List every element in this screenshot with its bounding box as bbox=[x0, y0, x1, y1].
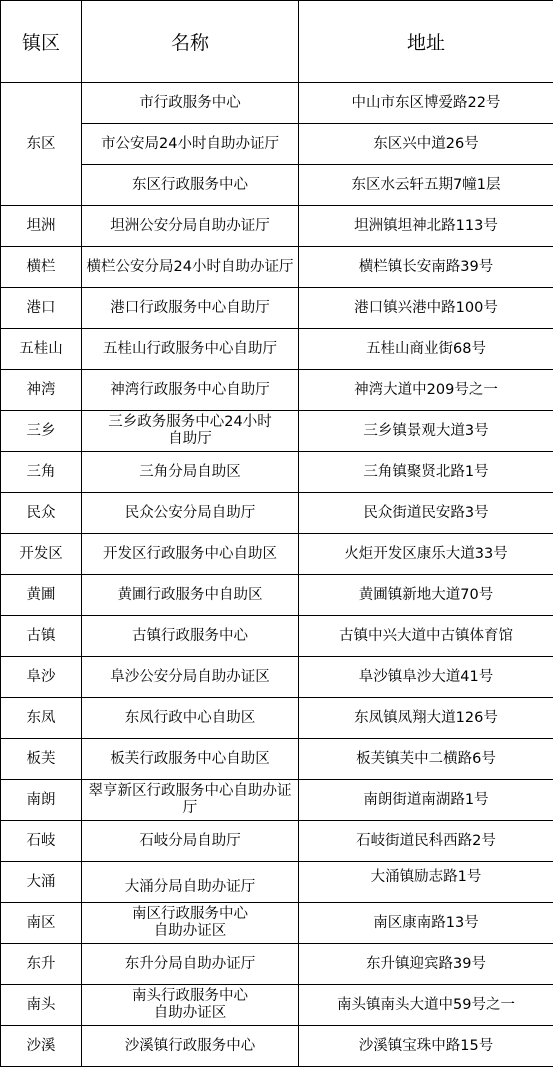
address-cell: 中山市东区博爱路22号 bbox=[299, 83, 553, 124]
name-cell: 翠亨新区行政服务中心自助办证厅 bbox=[82, 780, 299, 821]
name-cell: 板芙行政服务中心自助区 bbox=[82, 739, 299, 780]
table-row: 东升 东升分局自助办证厅 东升镇迎宾路39号 bbox=[1, 944, 553, 985]
name-cell: 东区行政服务中心 bbox=[82, 165, 299, 206]
name-cell: 三角分局自助区 bbox=[82, 452, 299, 493]
name-line-2: 自助办证区 bbox=[154, 1005, 227, 1021]
table-row: 神湾 神湾行政服务中心自助厅 神湾大道中209号之一 bbox=[1, 370, 553, 411]
service-locations-table: 镇区 名称 地址 东区 市行政服务中心 中山市东区博爱路22号 市公安局24小时… bbox=[0, 0, 553, 1067]
district-cell: 民众 bbox=[1, 493, 82, 534]
name-cell: 沙溪镇行政服务中心 bbox=[82, 1026, 299, 1067]
address-cell: 五桂山商业街68号 bbox=[299, 329, 553, 370]
name-line-2: 自助厅 bbox=[168, 431, 212, 447]
name-cell: 阜沙公安分局自助办证区 bbox=[82, 657, 299, 698]
name-cell: 坦洲公安分局自助办证厅 bbox=[82, 206, 299, 247]
name-cell: 南头行政服务中心自助办证区 bbox=[82, 985, 299, 1026]
name-cell: 市行政服务中心 bbox=[82, 83, 299, 124]
district-cell: 横栏 bbox=[1, 247, 82, 288]
district-cell: 黄圃 bbox=[1, 575, 82, 616]
name-line-2: 自助办证区 bbox=[154, 923, 227, 939]
address-cell: 三乡镇景观大道3号 bbox=[299, 411, 553, 452]
district-cell: 板芙 bbox=[1, 739, 82, 780]
name-cell: 南区行政服务中心自助办证区 bbox=[82, 903, 299, 944]
name-cell: 大涌分局自助办证厅 bbox=[82, 862, 299, 903]
district-cell: 阜沙 bbox=[1, 657, 82, 698]
name-cell: 开发区行政服务中心自助区 bbox=[82, 534, 299, 575]
table-row: 阜沙 阜沙公安分局自助办证区 阜沙镇阜沙大道41号 bbox=[1, 657, 553, 698]
name-line-1: 南头行政服务中心 bbox=[132, 988, 248, 1004]
district-cell: 大涌 bbox=[1, 862, 82, 903]
address-cell: 东区水云轩五期7幢1层 bbox=[299, 165, 553, 206]
header-address: 地址 bbox=[299, 1, 553, 83]
name-cell: 神湾行政服务中心自助厅 bbox=[82, 370, 299, 411]
district-cell: 南头 bbox=[1, 985, 82, 1026]
district-cell: 东区 bbox=[1, 83, 82, 206]
name-line-1: 三乡政务服务中心24小时 bbox=[108, 414, 271, 430]
table-row: 大涌 大涌分局自助办证厅 大涌镇励志路1号 bbox=[1, 862, 553, 903]
table-row: 五桂山 五桂山行政服务中心自助厅 五桂山商业街68号 bbox=[1, 329, 553, 370]
address-cell: 南朗街道南湖路1号 bbox=[299, 780, 553, 821]
table-row: 东凤 东凤行政中心自助区 东凤镇凤翔大道126号 bbox=[1, 698, 553, 739]
table-row: 古镇 古镇行政服务中心 古镇中兴大道中古镇体育馆 bbox=[1, 616, 553, 657]
table-row: 南区 南区行政服务中心自助办证区 南区康南路13号 bbox=[1, 903, 553, 944]
name-cell: 横栏公安分局24小时自助办证厅 bbox=[82, 247, 299, 288]
district-cell: 三角 bbox=[1, 452, 82, 493]
address-cell: 东区兴中道26号 bbox=[299, 124, 553, 165]
address-cell: 南区康南路13号 bbox=[299, 903, 553, 944]
address-cell: 南头镇南头大道中59号之一 bbox=[299, 985, 553, 1026]
table-row: 坦洲 坦洲公安分局自助办证厅 坦洲镇坦神北路113号 bbox=[1, 206, 553, 247]
name-cell: 古镇行政服务中心 bbox=[82, 616, 299, 657]
district-cell: 沙溪 bbox=[1, 1026, 82, 1067]
table-row: 东区 市行政服务中心 中山市东区博爱路22号 bbox=[1, 83, 553, 124]
name-cell: 石岐分局自助厅 bbox=[82, 821, 299, 862]
district-cell: 港口 bbox=[1, 288, 82, 329]
address-cell: 大涌镇励志路1号 bbox=[299, 862, 553, 903]
table-row: 港口 港口行政服务中心自助厅 港口镇兴港中路100号 bbox=[1, 288, 553, 329]
header-row: 镇区 名称 地址 bbox=[1, 1, 553, 83]
address-cell: 古镇中兴大道中古镇体育馆 bbox=[299, 616, 553, 657]
address-cell: 火炬开发区康乐大道33号 bbox=[299, 534, 553, 575]
name-cell: 黄圃行政服务中自助区 bbox=[82, 575, 299, 616]
address-cell: 坦洲镇坦神北路113号 bbox=[299, 206, 553, 247]
table-row: 板芙 板芙行政服务中心自助区 板芙镇芙中二横路6号 bbox=[1, 739, 553, 780]
district-cell: 开发区 bbox=[1, 534, 82, 575]
address-cell: 东升镇迎宾路39号 bbox=[299, 944, 553, 985]
table-row: 南朗 翠亨新区行政服务中心自助办证厅 南朗街道南湖路1号 bbox=[1, 780, 553, 821]
name-cell: 港口行政服务中心自助厅 bbox=[82, 288, 299, 329]
district-cell: 坦洲 bbox=[1, 206, 82, 247]
table-row: 黄圃 黄圃行政服务中自助区 黄圃镇新地大道70号 bbox=[1, 575, 553, 616]
table-row: 市公安局24小时自助办证厅 东区兴中道26号 bbox=[1, 124, 553, 165]
name-cell: 三乡政务服务中心24小时自助厅 bbox=[82, 411, 299, 452]
name-line-1: 南区行政服务中心 bbox=[132, 906, 248, 922]
table-row: 南头 南头行政服务中心自助办证区 南头镇南头大道中59号之一 bbox=[1, 985, 553, 1026]
district-cell: 东凤 bbox=[1, 698, 82, 739]
address-cell: 东凤镇凤翔大道126号 bbox=[299, 698, 553, 739]
address-cell: 民众街道民安路3号 bbox=[299, 493, 553, 534]
table-row: 三角 三角分局自助区 三角镇聚贤北路1号 bbox=[1, 452, 553, 493]
district-cell: 南区 bbox=[1, 903, 82, 944]
address-cell: 板芙镇芙中二横路6号 bbox=[299, 739, 553, 780]
district-cell: 三乡 bbox=[1, 411, 82, 452]
address-cell: 横栏镇长安南路39号 bbox=[299, 247, 553, 288]
table-row: 沙溪 沙溪镇行政服务中心 沙溪镇宝珠中路15号 bbox=[1, 1026, 553, 1067]
district-cell: 神湾 bbox=[1, 370, 82, 411]
address-cell: 神湾大道中209号之一 bbox=[299, 370, 553, 411]
table-row: 东区行政服务中心 东区水云轩五期7幢1层 bbox=[1, 165, 553, 206]
district-cell: 古镇 bbox=[1, 616, 82, 657]
table-row: 石岐 石岐分局自助厅 石岐街道民科西路2号 bbox=[1, 821, 553, 862]
address-cell: 石岐街道民科西路2号 bbox=[299, 821, 553, 862]
address-cell: 港口镇兴港中路100号 bbox=[299, 288, 553, 329]
name-cell: 市公安局24小时自助办证厅 bbox=[82, 124, 299, 165]
address-cell: 沙溪镇宝珠中路15号 bbox=[299, 1026, 553, 1067]
address-cell: 阜沙镇阜沙大道41号 bbox=[299, 657, 553, 698]
address-cell: 三角镇聚贤北路1号 bbox=[299, 452, 553, 493]
address-cell: 黄圃镇新地大道70号 bbox=[299, 575, 553, 616]
district-cell: 石岐 bbox=[1, 821, 82, 862]
header-district: 镇区 bbox=[1, 1, 82, 83]
district-cell: 南朗 bbox=[1, 780, 82, 821]
name-cell: 东凤行政中心自助区 bbox=[82, 698, 299, 739]
table-row: 横栏 横栏公安分局24小时自助办证厅 横栏镇长安南路39号 bbox=[1, 247, 553, 288]
name-cell: 五桂山行政服务中心自助厅 bbox=[82, 329, 299, 370]
table-row: 三乡 三乡政务服务中心24小时自助厅 三乡镇景观大道3号 bbox=[1, 411, 553, 452]
table-row: 开发区 开发区行政服务中心自助区 火炬开发区康乐大道33号 bbox=[1, 534, 553, 575]
district-cell: 五桂山 bbox=[1, 329, 82, 370]
name-cell: 东升分局自助办证厅 bbox=[82, 944, 299, 985]
name-cell: 民众公安分局自助厅 bbox=[82, 493, 299, 534]
header-name: 名称 bbox=[82, 1, 299, 83]
district-cell: 东升 bbox=[1, 944, 82, 985]
table-row: 民众 民众公安分局自助厅 民众街道民安路3号 bbox=[1, 493, 553, 534]
